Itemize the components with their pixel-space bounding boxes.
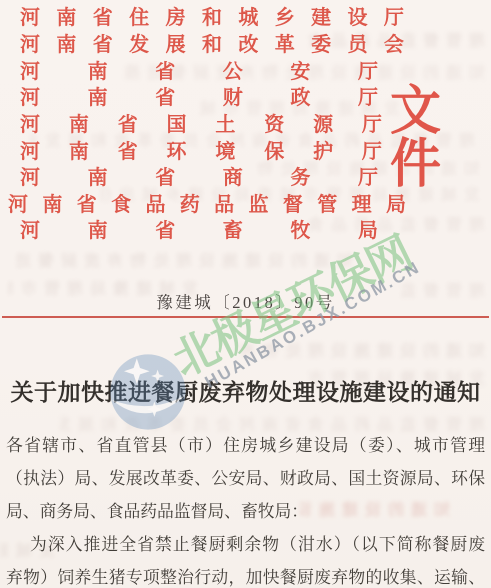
issuer-line-food-drug: 河南省食品药品监督管理局 (8, 191, 406, 218)
doc-type-label: 文件 (390, 86, 491, 192)
body-line: 各省辖市、省直管县（市）住房城乡建设局（委）、城市管理 (6, 430, 485, 463)
issuer-line-land-resources: 河南省国土资源厅 (20, 112, 382, 139)
body-line: 局、商务局、食品药品监督局、畜牧局： (6, 496, 485, 529)
document-title: 关于加快推进餐厨废弃物处理设施建设的通知 (0, 379, 491, 407)
red-divider (2, 316, 489, 318)
document-page: 理管督监品药品食省南河会员委革改和展发省南河设建 知通的设建施设理处物弃废厨餐进… (0, 0, 491, 588)
issuer-line-housing: 河南省住房和城乡建设厅 (20, 5, 404, 32)
issuer-line-public-security: 河南省公安厅 (20, 58, 378, 85)
body-line: （执法）局、发展改革委、公安局、财政局、国土资源局、环保 (6, 463, 485, 496)
issuer-line-commerce: 河南省商务厅 (20, 165, 378, 192)
document-body: 各省辖市、省直管县（市）住房城乡建设局（委）、城市管理 （执法）局、发展改革委、… (6, 430, 485, 588)
doc-number: 豫建城〔2018〕90号 (0, 289, 491, 313)
body-line: 为深入推进全省禁止餐厨剩余物（泔水）（以下简称餐厨废 (6, 529, 485, 562)
issuer-line-finance: 河南省财政厅 (20, 85, 378, 112)
red-header: 河南省住房和城乡建设厅 河南省发展和改革委员会 河南省公安厅 河南省财政厅 河南… (20, 5, 406, 245)
body-line: 弃物）饲养生猪专项整治行动，加快餐厨废弃物的收集、运输、 (6, 562, 485, 588)
issuer-line-animal-husbandry: 河南省畜牧局 (20, 218, 378, 245)
issuer-line-development: 河南省发展和改革委员会 (20, 32, 404, 59)
issuer-line-environment: 河南省环境保护厅 (20, 138, 382, 165)
